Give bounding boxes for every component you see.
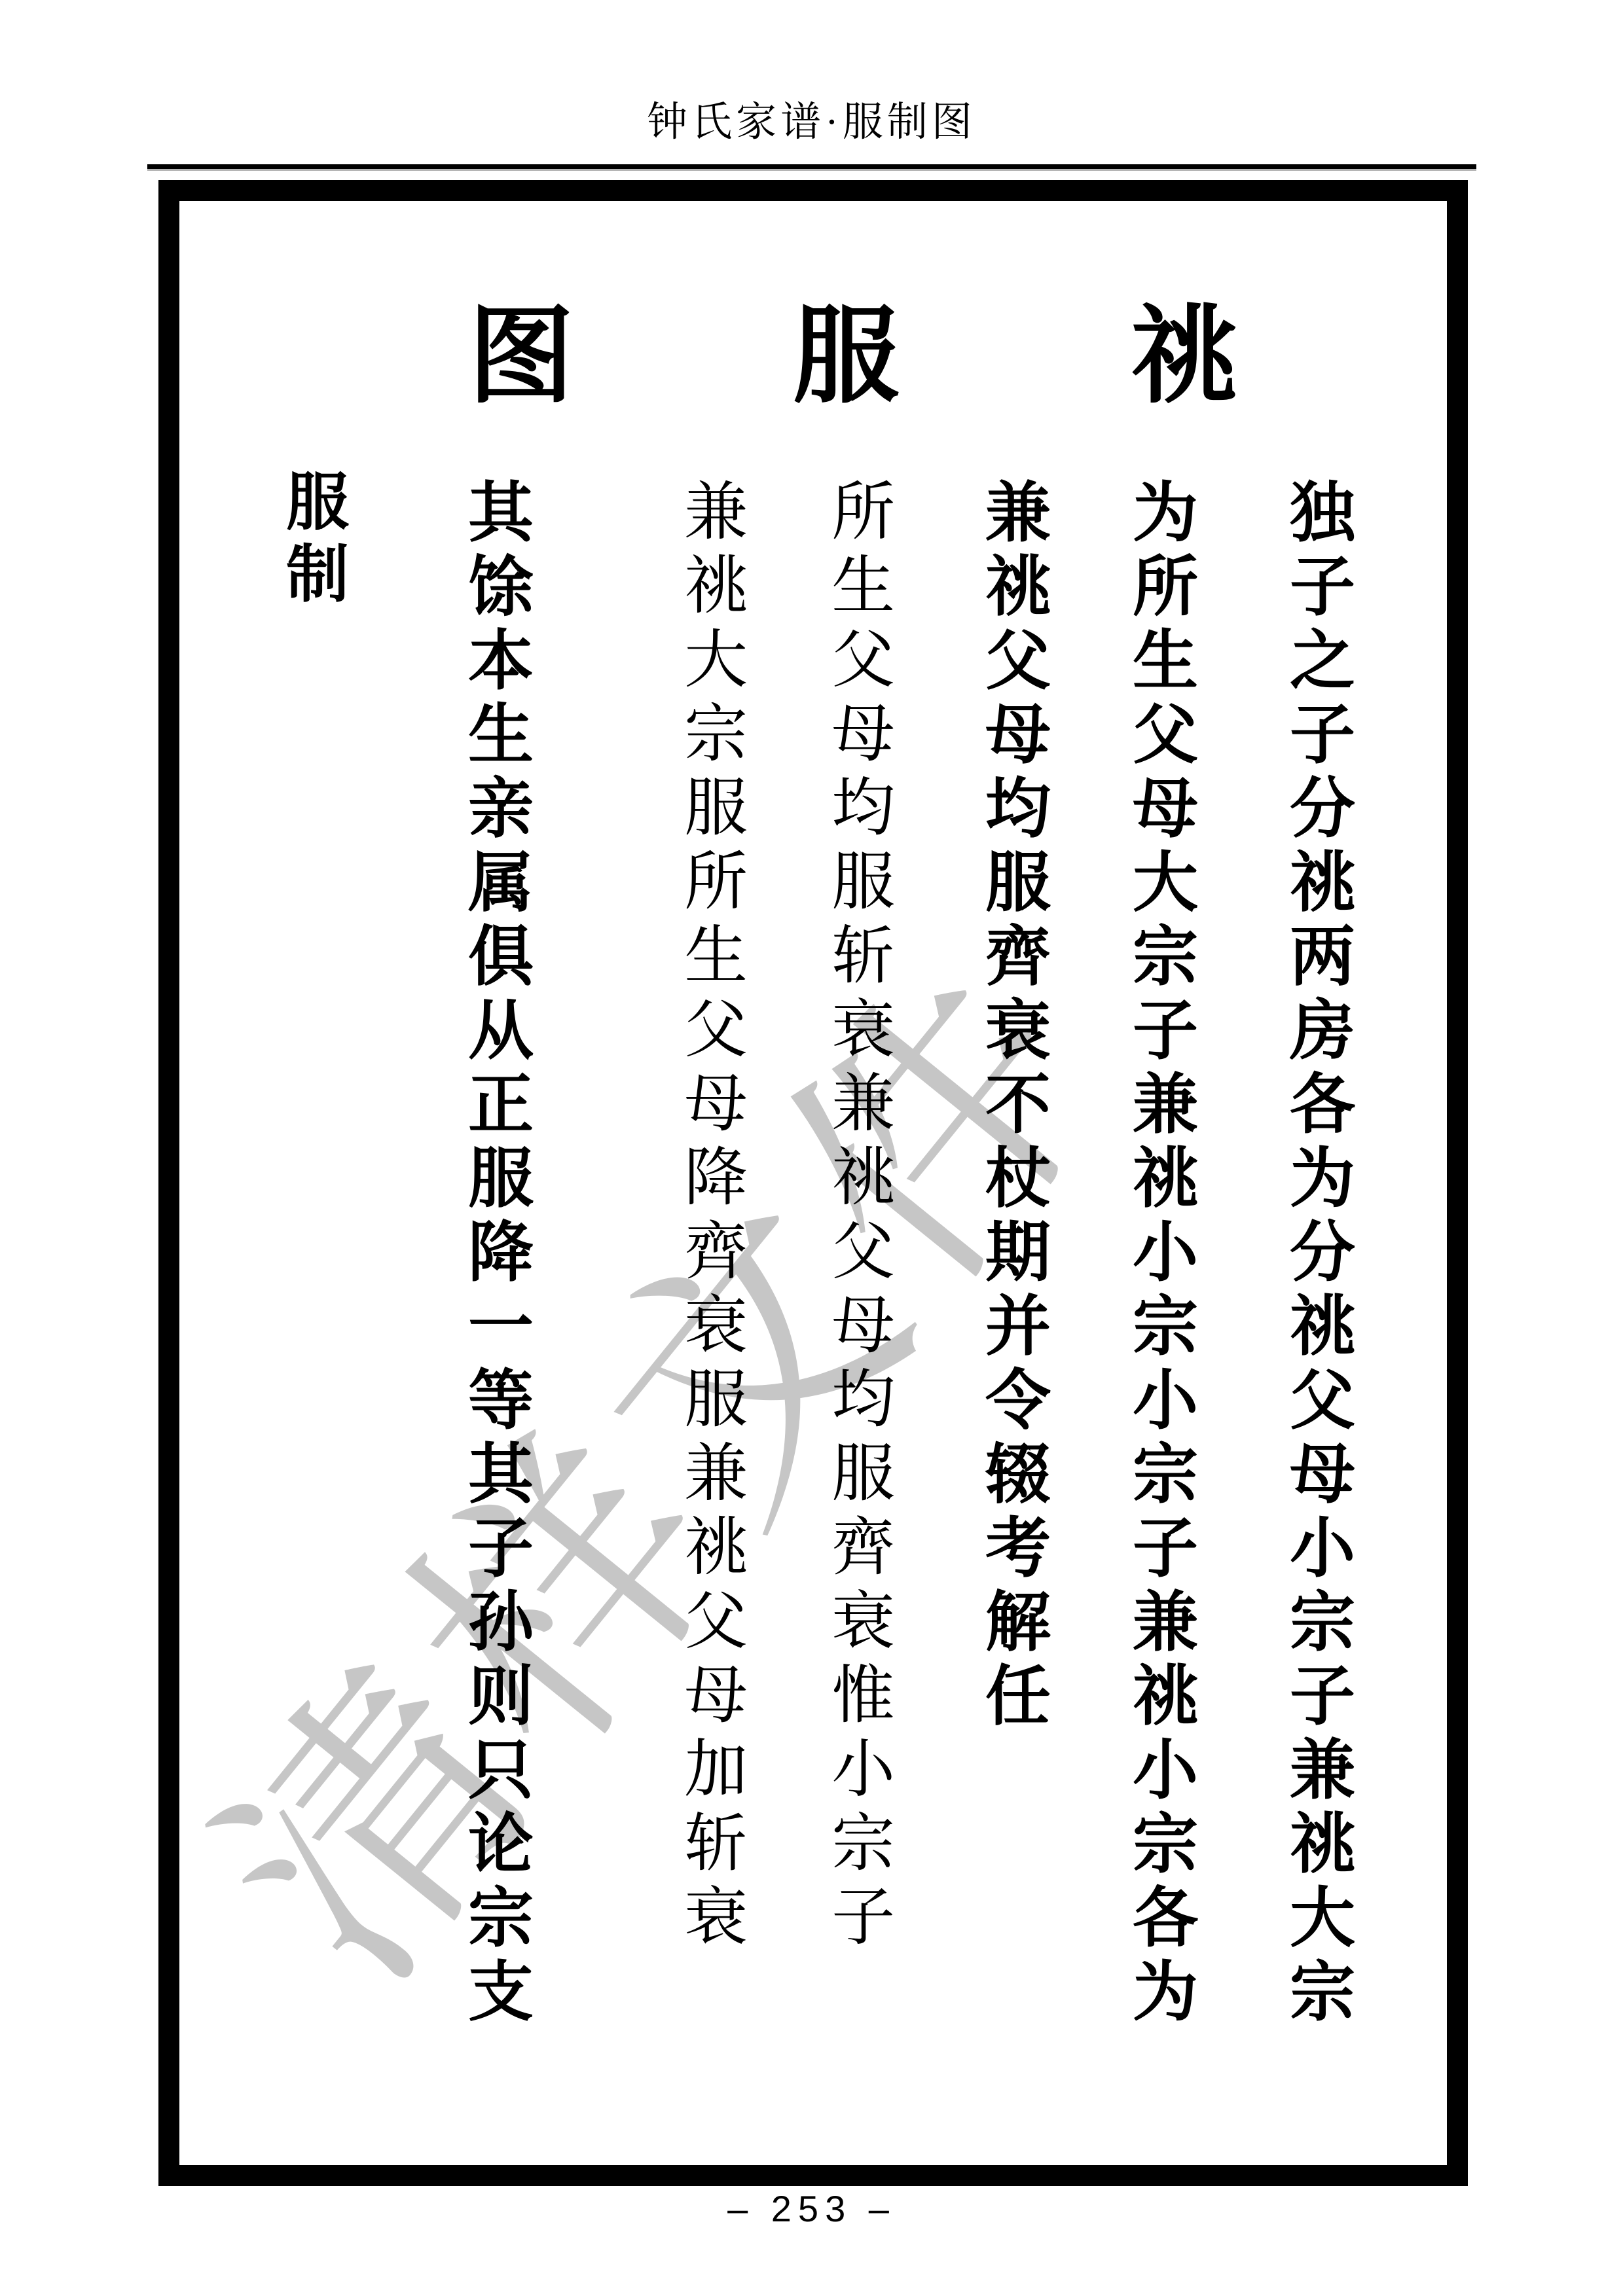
running-header: 钟氏家谱·服制图 <box>0 102 1623 143</box>
header-rule <box>147 164 1476 171</box>
page-number: – 253 – <box>0 2187 1623 2230</box>
page-border-frame <box>158 180 1468 2186</box>
genealogy-page: 钟氏家谱·服制图 清样文件 图 服 祧 独子之子分祧两房各为分祧父母小宗子兼祧大… <box>0 0 1623 2296</box>
